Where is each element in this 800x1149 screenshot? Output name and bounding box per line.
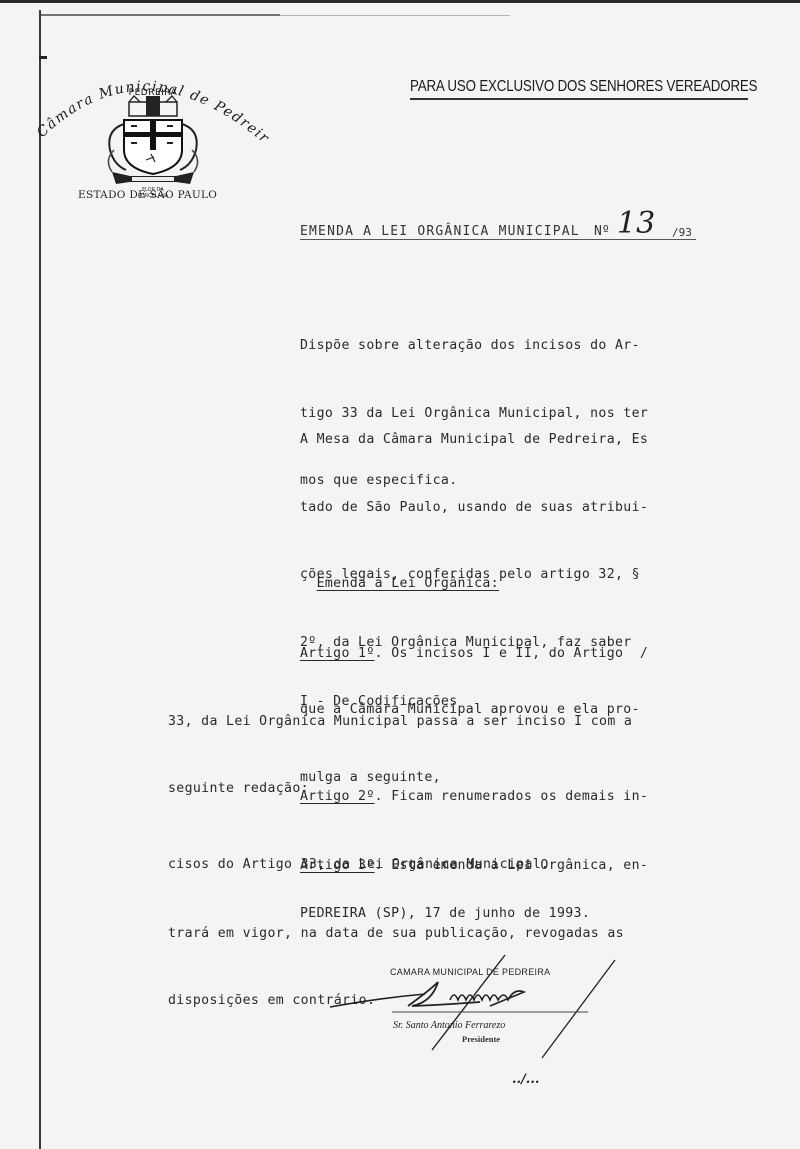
restricted-notice: PARA USO EXCLUSIVO DOS SENHORES VEREADOR… bbox=[410, 78, 757, 96]
article-line: 33, da Lei Orgânica Municipal passa a se… bbox=[168, 711, 648, 734]
article-label: Artigo 2º bbox=[300, 789, 375, 804]
summary-line: Dispõe sobre alteração dos incisos do Ar… bbox=[300, 335, 648, 358]
coat-of-arms-icon: Câmara Municipal de Pedreira FLOR DA POR… bbox=[34, 50, 274, 210]
article-label: Artigo 1º bbox=[300, 646, 375, 661]
signatory-role: Presidente bbox=[462, 1034, 500, 1044]
place-date: PEDREIRA (SP), 17 de junho de 1993. bbox=[300, 903, 590, 926]
title-year: /93 bbox=[672, 226, 692, 239]
title-number-sign: Nº bbox=[594, 224, 610, 239]
title-number-handwritten: 13 bbox=[617, 206, 655, 241]
inciso-item: I - De Codificações bbox=[300, 691, 458, 714]
section-heading: Emenda a Lei Orgânica: bbox=[300, 550, 499, 595]
state-label: ESTADO DE SÃO PAULO bbox=[78, 189, 217, 201]
article-label: Artigo 3º bbox=[300, 858, 375, 873]
signatory-name: Sr. Santo Antonio Ferrarezo bbox=[393, 1020, 505, 1031]
notice-underline bbox=[410, 98, 748, 100]
article-line: trará em vigor, na data de sua publicaçã… bbox=[168, 923, 648, 946]
signature-block: CAMARA MUNICIPAL DE PEDREIRA Sr. Santo A… bbox=[320, 950, 620, 1100]
scan-top-border bbox=[0, 0, 800, 3]
signature-stamp: CAMARA MUNICIPAL DE PEDREIRA bbox=[390, 967, 550, 977]
emblem-city: PEDREIRA bbox=[129, 88, 178, 98]
municipal-emblem: Câmara Municipal de Pedreira FLOR DA POR… bbox=[34, 50, 274, 210]
document-title: EMENDA A LEI ORGÂNICA MUNICIPAL bbox=[300, 224, 580, 239]
title-underline bbox=[300, 239, 696, 240]
scan-artifact bbox=[280, 15, 510, 16]
scan-artifact bbox=[40, 14, 280, 16]
preamble-line: A Mesa da Câmara Municipal de Pedreira, … bbox=[300, 429, 648, 452]
preamble-line: tado de São Paulo, usando de suas atribu… bbox=[300, 497, 648, 520]
continuation-mark: ../... bbox=[512, 1072, 539, 1087]
